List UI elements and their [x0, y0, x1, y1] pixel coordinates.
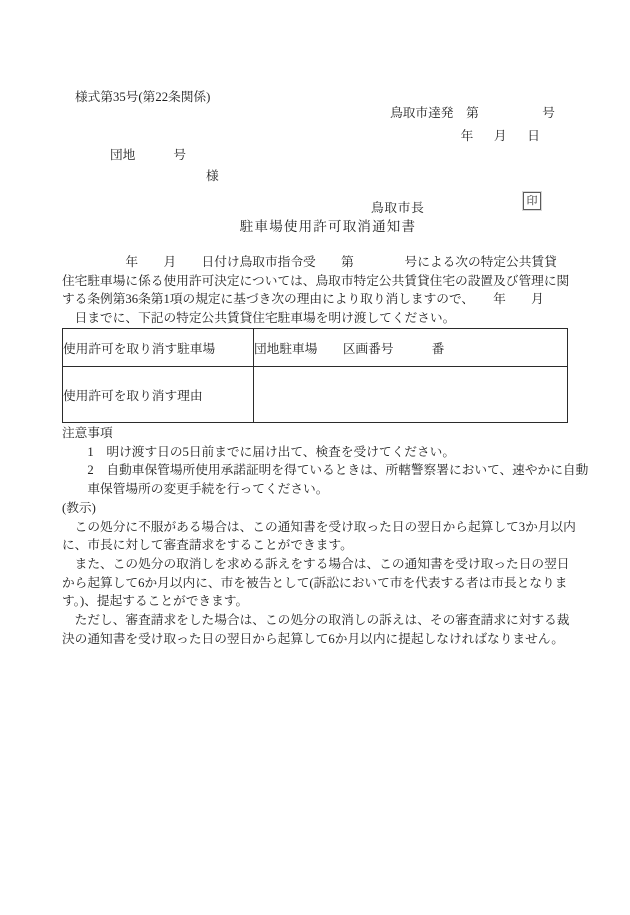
appeal-line: に、市長に対して審査請求をすることができます。 [62, 536, 582, 555]
note-item-2-continued: 車保管場所の変更手続を行ってください。 [62, 480, 582, 499]
body-line: する条例第36条第1項の規定に基づき次の理由により取り消しますので、 年 月 [62, 290, 582, 309]
table-label-parking-lot: 使用許可を取り消す駐車場 [63, 329, 254, 367]
note-item-2: 2 自動車保管場所使用承諾証明を得ているときは、所轄警察署において、速やかに自動 [62, 461, 582, 480]
appeal-line: す。)、提起することができます。 [62, 592, 582, 611]
appeal-line: 決の通知書を受け取った日の翌日から起算して6か月以内に提起しなければなりません。 [62, 630, 582, 649]
note-item-1: 1 明け渡す日の5日前までに届け出て、検査を受けてください。 [62, 443, 582, 462]
revocation-table: 使用許可を取り消す駐車場 団地駐車場 区画番号 番 使用許可を取り消す理由 [62, 328, 568, 423]
notes-and-appeal-section: 注意事項 1 明け渡す日の5日前までに届け出て、検査を受けてください。 2 自動… [62, 424, 582, 648]
table-row: 使用許可を取り消す駐車場 団地駐車場 区画番号 番 [63, 329, 568, 367]
appeal-line: この処分に不服がある場合は、この通知書を受け取った日の翌日から起算して3か月以内 [62, 518, 582, 537]
table-label-reason: 使用許可を取り消す理由 [63, 367, 254, 423]
appeal-line: また、この処分の取消しを求める訴えをする場合は、この通知書を受け取った日の翌日 [62, 555, 582, 574]
body-line: 年 月 日付け鳥取市指令受 第 号による次の特定公共賃貸 [62, 253, 582, 272]
body-line: 日までに、下記の特定公共賃貸住宅駐車場を明け渡してください。 [62, 309, 582, 328]
document-title: 駐車場使用許可取消通知書 [0, 215, 630, 235]
addressee-line: 団地 号 [110, 144, 186, 163]
table-value-parking-lot: 団地駐車場 区画番号 番 [254, 329, 568, 367]
table-value-reason [254, 367, 568, 423]
appeal-line: ただし、審査請求をした場合は、この処分の取消しの訴えは、その審査請求に対する裁 [62, 611, 582, 630]
document-page: 様式第35号(第22条関係) 鳥取市達発 第 号 年 月 日 団地 号 様 鳥取… [0, 0, 630, 915]
body-line: 住宅駐車場に係る使用許可決定については、鳥取市特定公共賃貸住宅の設置及び管理に関 [62, 272, 582, 291]
issue-date-line: 年 月 日 [461, 125, 544, 144]
document-ref-number: 鳥取市達発 第 号 [390, 102, 555, 121]
sender-mayor-name: 鳥取市長 [371, 197, 425, 216]
notes-heading: 注意事項 [62, 424, 582, 443]
form-number: 様式第35号(第22条関係) [75, 86, 210, 105]
seal-stamp-box: 印 [523, 192, 541, 210]
table-row: 使用許可を取り消す理由 [63, 367, 568, 423]
body-paragraph: 年 月 日付け鳥取市指令受 第 号による次の特定公共賃貸 住宅駐車場に係る使用許… [62, 253, 582, 327]
appeal-heading: (教示) [62, 499, 582, 518]
addressee-honorific: 様 [206, 165, 219, 184]
appeal-line: から起算して6か月以内に、市を被告として(訴訟において市を代表する者は市長となり… [62, 574, 582, 593]
